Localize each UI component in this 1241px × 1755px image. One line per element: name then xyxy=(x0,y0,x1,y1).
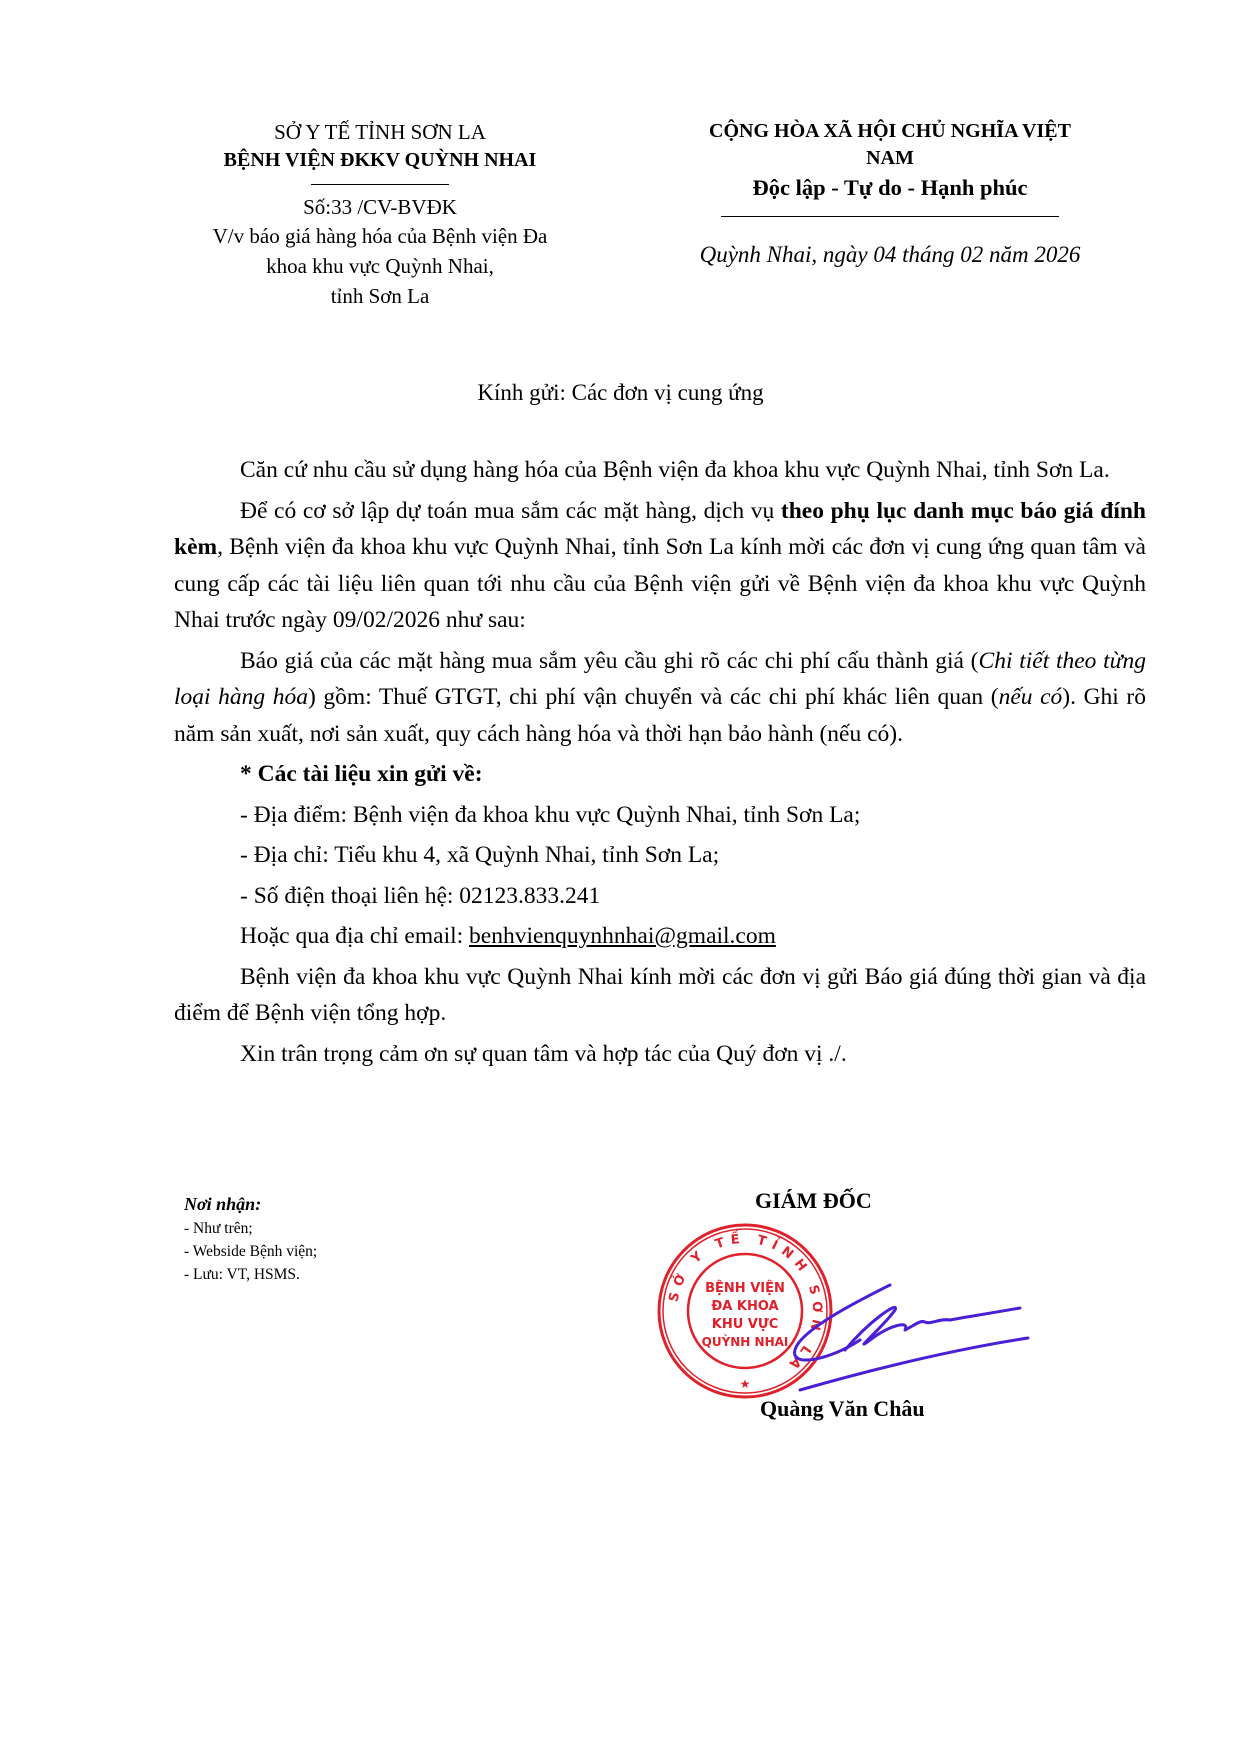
paragraph-request: Để có cơ sở lập dự toán mua sắm các mặt … xyxy=(174,493,1146,639)
signer-name: Quàng Văn Châu xyxy=(760,1396,925,1422)
issuing-agency-block: SỞ Y TẾ TỈNH SƠN LA BỆNH VIỆN ĐKKV QUỲNH… xyxy=(170,118,590,311)
svg-text:KHU VỰC: KHU VỰC xyxy=(712,1317,779,1332)
agency-name: SỞ Y TẾ TỈNH SƠN LA xyxy=(170,118,590,146)
country-name-cont: NAM xyxy=(630,145,1150,172)
subject-line: V/v báo giá hàng hóa của Bệnh viện Đa xyxy=(170,221,590,251)
national-header-block: CỘNG HÒA XÃ HỘI CHỦ NGHĨA VIỆT NAM Độc l… xyxy=(630,118,1150,217)
subject-line: khoa khu vực Quỳnh Nhai, xyxy=(170,251,590,281)
divider xyxy=(721,216,1059,217)
document-date: Quỳnh Nhai, ngày 04 tháng 02 năm 2026 xyxy=(630,240,1150,270)
receiver-item: - Lưu: VT, HSMS. xyxy=(184,1263,317,1286)
docs-heading: * Các tài liệu xin gửi về: xyxy=(174,756,1146,793)
receiver-item: - Webside Bệnh viện; xyxy=(184,1240,317,1263)
hospital-name: BỆNH VIỆN ĐKKV QUỲNH NHAI xyxy=(170,146,590,174)
signature-icon xyxy=(790,1240,1030,1410)
svg-text:QUỲNH NHAI: QUỲNH NHAI xyxy=(702,1334,789,1349)
subject-line: tỉnh Sơn La xyxy=(170,281,590,311)
email-line: Hoặc qua địa chỉ email: benhvienquynhnha… xyxy=(174,918,1146,955)
paragraph-invitation: Bệnh viện đa khoa khu vực Quỳnh Nhai kín… xyxy=(174,959,1146,1032)
receivers-title: Nơi nhận: xyxy=(184,1192,317,1217)
paragraph-quote-requirements: Báo giá của các mặt hàng mua sắm yêu cầu… xyxy=(174,643,1146,753)
location-line: - Địa điểm: Bệnh viện đa khoa khu vực Qu… xyxy=(174,797,1146,834)
phone-line: - Số điện thoại liên hệ: 02123.833.241 xyxy=(174,878,1146,915)
divider xyxy=(311,184,449,185)
svg-text:★: ★ xyxy=(740,1377,751,1391)
receivers-block: Nơi nhận: - Như trên; - Webside Bệnh việ… xyxy=(184,1192,317,1286)
document-number: Số:33 /CV-BVĐK xyxy=(170,193,590,221)
letter-body: Căn cứ nhu cầu sử dụng hàng hóa của Bệnh… xyxy=(174,452,1146,1072)
svg-text:ĐA KHOA: ĐA KHOA xyxy=(711,1299,778,1314)
country-name: CỘNG HÒA XÃ HỘI CHỦ NGHĨA VIỆT xyxy=(630,118,1150,145)
paragraph-basis: Căn cứ nhu cầu sử dụng hàng hóa của Bệnh… xyxy=(174,452,1146,489)
national-motto: Độc lập - Tự do - Hạnh phúc xyxy=(630,172,1150,204)
recipient-line: Kính gửi: Các đơn vị cung ứng xyxy=(0,380,1241,406)
receiver-item: - Như trên; xyxy=(184,1217,317,1240)
email-link[interactable]: benhvienquynhnhai@gmail.com xyxy=(469,923,776,949)
address-line: - Địa chỉ: Tiểu khu 4, xã Quỳnh Nhai, tỉ… xyxy=(174,837,1146,874)
closing-line: Xin trân trọng cảm ơn sự quan tâm và hợp… xyxy=(174,1036,1146,1073)
signer-title: GIÁM ĐỐC xyxy=(755,1188,872,1214)
svg-text:BỆNH VIỆN: BỆNH VIỆN xyxy=(705,1280,785,1296)
